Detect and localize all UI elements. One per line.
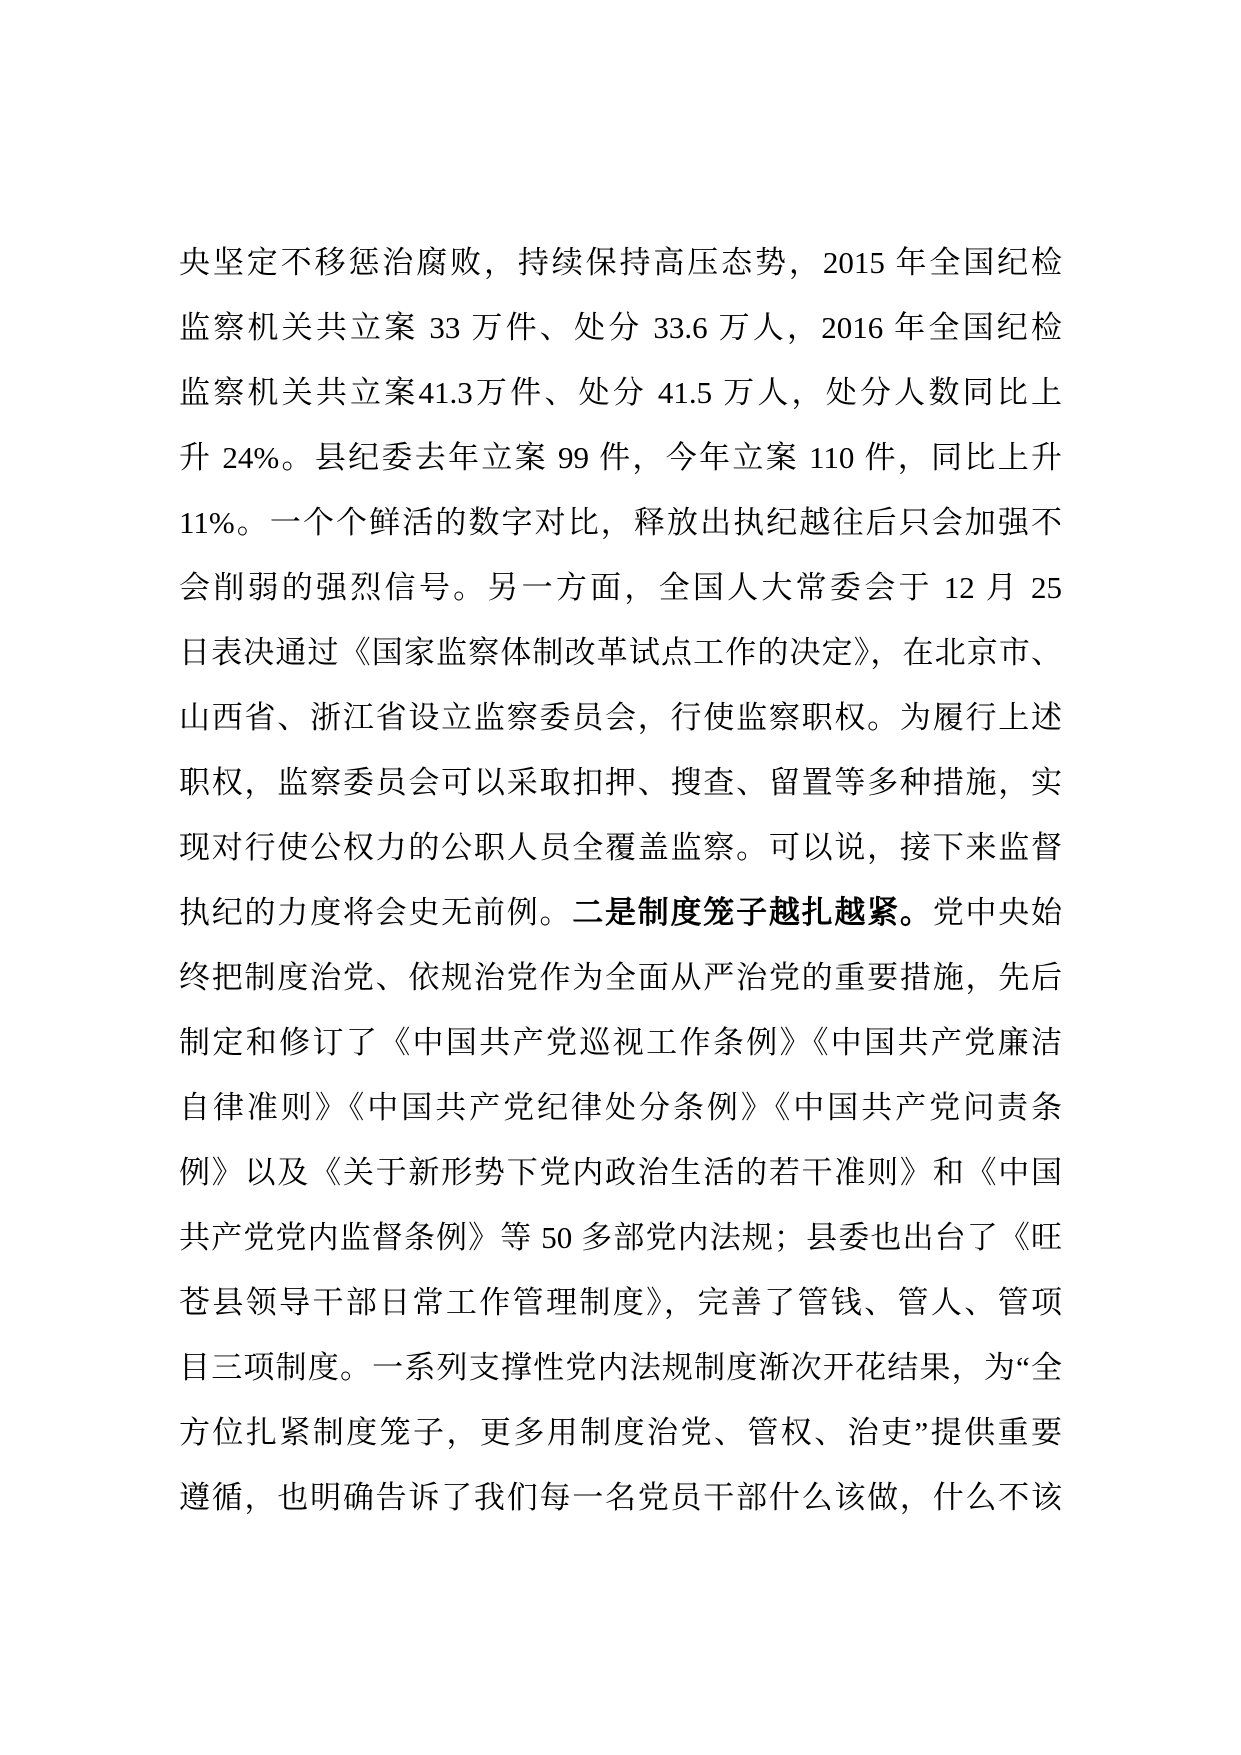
text-segment: 执纪的力度将会史无前例。 <box>179 895 572 930</box>
text-line: 监察机关共立案41.3万件、处分 41.5 万人，处分人数同比上 <box>179 360 1062 425</box>
text-segment: 党中央始 <box>933 895 1062 930</box>
text-line: 遵循，也明确告诉了我们每一名党员干部什么该做，什么不该 <box>179 1465 1062 1530</box>
text-line: 监察机关共立案 33 万件、处分 33.6 万人，2016 年全国纪检 <box>179 295 1062 360</box>
text-line: 日表决通过《国家监察体制改革试点工作的决定》，在北京市、 <box>179 620 1062 685</box>
text-line: 升 24%。县纪委去年立案 99 件，今年立案 110 件，同比上升 <box>179 425 1062 490</box>
text-line: 苍县领导干部日常工作管理制度》，完善了管钱、管人、管项 <box>179 1270 1062 1335</box>
text-line: 方位扎紧制度笼子，更多用制度治党、管权、治吏”提供重要 <box>179 1400 1062 1465</box>
document-page: 央坚定不移惩治腐败，持续保持高压态势，2015 年全国纪检 监察机关共立案 33… <box>0 0 1241 1755</box>
text-line: 职权，监察委员会可以采取扣押、搜查、留置等多种措施，实 <box>179 750 1062 815</box>
text-line: 共产党党内监督条例》等 50 多部党内法规；县委也出台了《旺 <box>179 1205 1062 1270</box>
text-line: 制定和修订了《中国共产党巡视工作条例》《中国共产党廉洁 <box>179 1010 1062 1075</box>
text-line: 例》以及《关于新形势下党内政治生活的若干准则》和《中国 <box>179 1140 1062 1205</box>
text-line: 会削弱的强烈信号。另一方面，全国人大常委会于 12 月 25 <box>179 555 1062 620</box>
text-line: 11%。一个个鲜活的数字对比，释放出执纪越往后只会加强不 <box>179 490 1062 555</box>
text-line: 现对行使公权力的公职人员全覆盖监察。可以说，接下来监督 <box>179 815 1062 880</box>
bold-emphasis-segment: 二是制度笼子越扎越紧。 <box>572 895 932 930</box>
text-line: 自律准则》《中国共产党纪律处分条例》《中国共产党问责条 <box>179 1075 1062 1140</box>
text-line: 目三项制度。一系列支撑性党内法规制度渐次开花结果，为“全 <box>179 1335 1062 1400</box>
text-line: 终把制度治党、依规治党作为全面从严治党的重要措施，先后 <box>179 945 1062 1010</box>
text-line: 执纪的力度将会史无前例。二是制度笼子越扎越紧。党中央始 <box>179 880 1062 945</box>
text-line: 山西省、浙江省设立监察委员会，行使监察职权。为履行上述 <box>179 685 1062 750</box>
paragraph-text-block: 央坚定不移惩治腐败，持续保持高压态势，2015 年全国纪检 监察机关共立案 33… <box>179 230 1062 1530</box>
text-line: 央坚定不移惩治腐败，持续保持高压态势，2015 年全国纪检 <box>179 230 1062 295</box>
